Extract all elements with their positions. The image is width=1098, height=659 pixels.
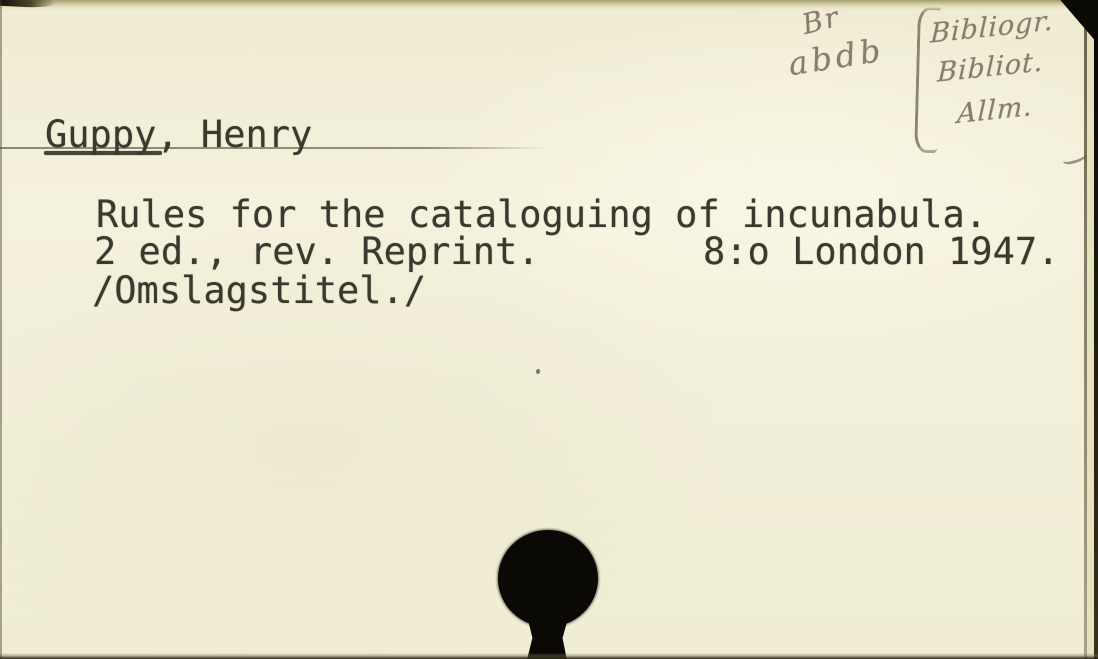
cover-title-note: /Omslagstitel./ [92,271,426,311]
catalog-card-scan: Guppy, Henry Rules for the cataloguing o… [0,0,1098,659]
author-heading: Guppy, Henry [45,115,312,155]
card-bottom-edge [0,653,1098,659]
card-top-edge [0,0,1098,10]
subject-heading-3: Allm. [957,91,1034,130]
ink-speck [536,369,540,374]
right-background-gap [1094,0,1098,659]
subject-heading-1: Bibliogr. [930,5,1055,49]
title-line: Rules for the cataloguing of incunabula. [96,195,987,235]
right-underlying-card-strip [1087,0,1094,659]
rod-hole-slot [522,612,574,659]
card-right-edge-line [1084,0,1087,659]
subject-heading-2: Bibliot. [937,46,1044,88]
imprint-line: 8:o London 1947. [703,232,1059,272]
classmark-line-2: abdb [786,31,887,84]
card-left-edge-line [0,0,2,659]
edition-line: 2 ed., rev. Reprint. [94,232,540,272]
